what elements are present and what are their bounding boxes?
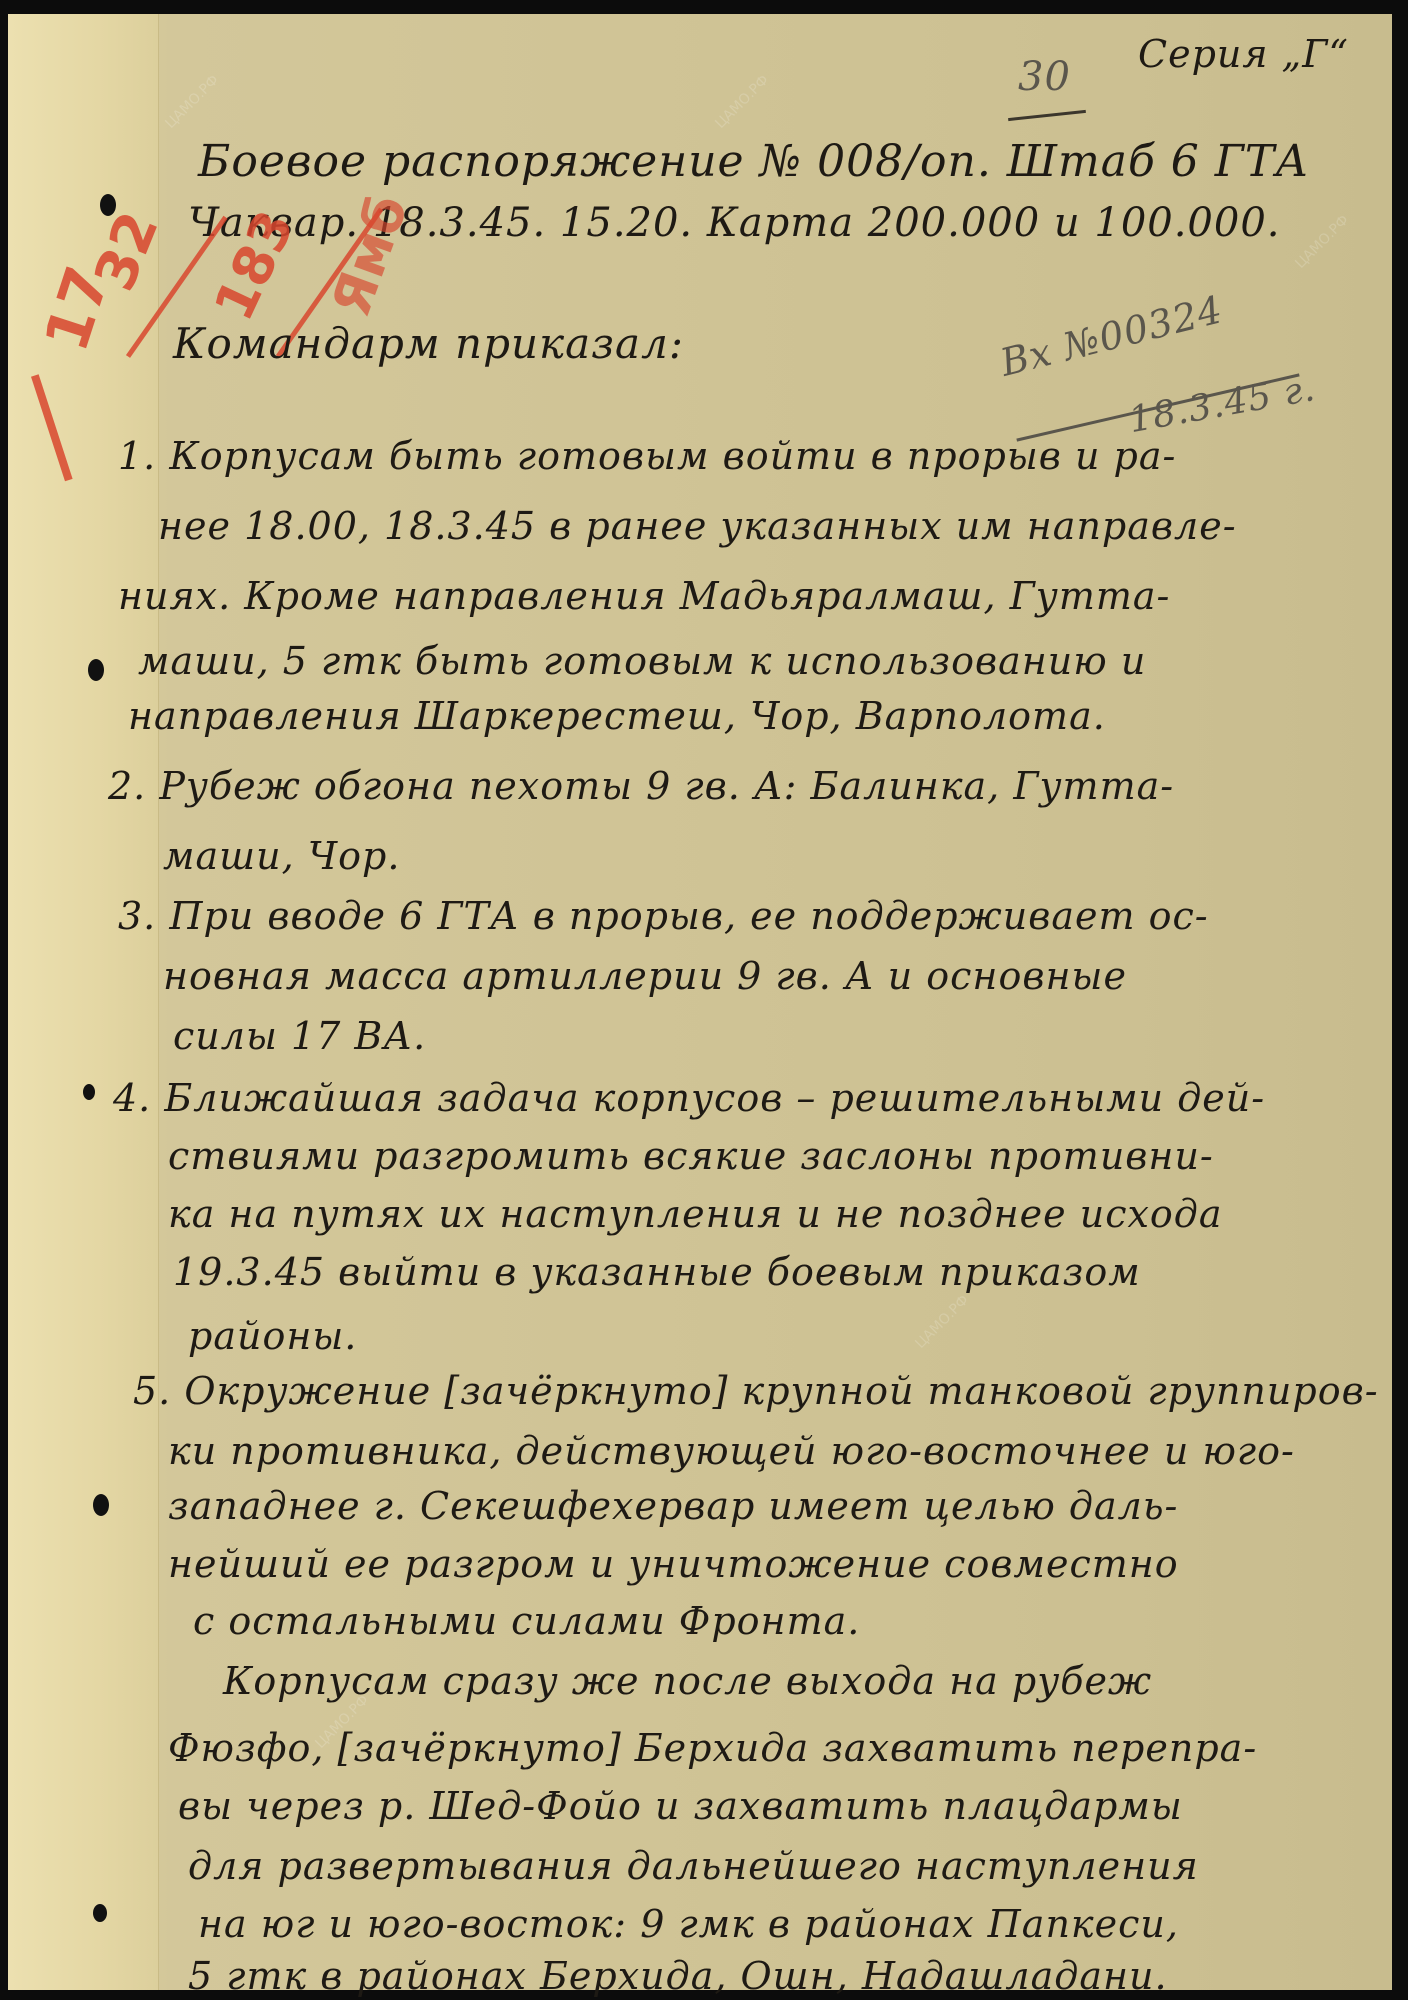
body-line: на юг и юго-восток: 9 гмк в районах Папк… — [198, 1902, 1179, 1946]
body-line: 4. Ближайшая задача корпусов – решительн… — [113, 1076, 1265, 1120]
body-line: ки противника, действующей юго-восточнее… — [168, 1429, 1295, 1473]
body-line: маши, Чор. — [163, 834, 400, 878]
body-line: вы через р. Шед-Фойо и захватить плацдар… — [178, 1784, 1183, 1828]
body-line: районы. — [188, 1314, 357, 1358]
punch-hole — [93, 1904, 107, 1922]
intro-line: Командарм приказал: — [173, 319, 684, 368]
body-line: ка на путях их наступления и не позднее … — [168, 1192, 1223, 1236]
body-line: с остальными силами Фронта. — [193, 1599, 860, 1643]
incoming-number: Вх №00324 — [996, 287, 1227, 385]
body-line: Корпусам сразу же после выхода на рубеж — [223, 1659, 1152, 1703]
sheet-number-underline — [1008, 110, 1086, 121]
body-line: 1. Корпусам быть готовым войти в прорыв … — [118, 434, 1176, 478]
sheet-number: 30 — [1018, 54, 1071, 100]
punch-hole — [83, 1084, 95, 1100]
punch-hole — [88, 659, 104, 681]
body-line: для развертывания дальнейшего наступлени… — [188, 1844, 1199, 1888]
body-line: нее 18.00, 18.3.45 в ранее указанных им … — [158, 504, 1237, 548]
body-line: нейший ее разгром и уничтожение совместн… — [168, 1542, 1179, 1586]
body-line: 5. Окружение [зачёркнуто] крупной танков… — [133, 1369, 1379, 1413]
document-page: ЦАМО.РФ ЦАМО.РФ ЦАМО.РФ ЦАМО.РФ ЦАМО.РФ … — [8, 14, 1392, 1990]
body-line: западнее г. Секешфехервар имеет целью да… — [168, 1484, 1178, 1528]
series-label: Серия „Г“ — [1138, 32, 1349, 76]
body-line: маши, 5 гтк быть готовым к использованию… — [138, 639, 1146, 683]
document-title: Боевое распоряжение № 008/оп. Штаб 6 ГТА — [198, 136, 1310, 187]
body-line: ниях. Кроме направления Мадьяралмаш, Гут… — [118, 574, 1170, 618]
incoming-date: 18.3.45 г. — [1126, 368, 1319, 441]
body-line: направления Шаркерестеш, Чор, Варполота. — [128, 694, 1106, 738]
body-line: силы 17 ВА. — [173, 1014, 426, 1058]
body-line: 2. Рубеж обгона пехоты 9 гв. А: Балинка,… — [108, 764, 1174, 808]
body-line: ствиями разгромить всякие заслоны против… — [168, 1134, 1214, 1178]
body-line: новная масса артиллерии 9 гв. А и основн… — [163, 954, 1127, 998]
punch-hole — [93, 1494, 109, 1516]
body-line: 19.3.45 выйти в указанные боевым приказо… — [173, 1250, 1141, 1294]
body-line: 3. При вводе 6 ГТА в прорыв, ее поддержи… — [118, 894, 1209, 938]
body-line: 5 гтк в районах Берхида, Ошн, Надашладан… — [188, 1954, 1168, 1998]
body-line: Фюзфо, [зачёркнуто] Берхида захватить пе… — [168, 1726, 1257, 1770]
